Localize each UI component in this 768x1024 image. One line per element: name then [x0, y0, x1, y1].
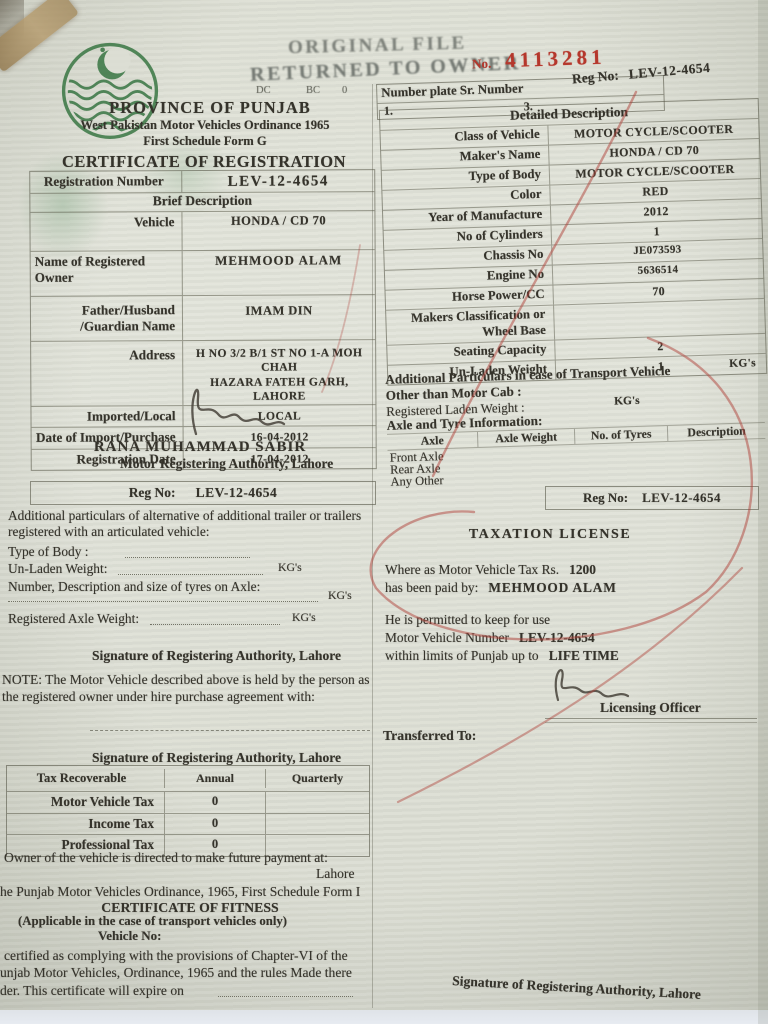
permit-line2: Motor Vehicle Number LEV-12-4654 — [385, 630, 595, 647]
annual-header: Annual — [165, 769, 266, 788]
axle-weight-col-header: Axle Weight — [477, 429, 574, 447]
income-tax-label: Income Tax — [7, 814, 165, 835]
fitness-line3: der. This certificate will expire on — [0, 983, 184, 1000]
hire-purchase-line — [90, 730, 370, 731]
right-reg-no-label: Reg No: — [583, 490, 628, 506]
fitness-line2: unjab Motor Vehicles, Ordinance, 1965 an… — [0, 965, 352, 982]
father-label-line1: Father/Husband — [82, 302, 175, 317]
left-reg-no-label: Reg No: — [129, 485, 176, 502]
expiry-dotted-line — [218, 995, 353, 997]
axle-weight-field-label: Registered Axle Weight: — [8, 611, 139, 628]
left-reg-no-value: LEV-12-4654 — [196, 485, 278, 502]
authority-name: RANA MUHAMMAD SABIR — [50, 438, 350, 457]
tyres-col-header: No. of Tyres — [574, 426, 667, 444]
note-line1: NOTE: The Motor Vehicle described above … — [2, 672, 370, 689]
taxation-license-title: TAXATION LICENSE — [430, 526, 670, 544]
owner-value: MEHMOOD ALAM — [183, 250, 375, 269]
registrar-signature-scribble — [182, 372, 302, 444]
permit-line2-text: Motor Vehicle Number — [385, 630, 509, 645]
note-line2: the registered owner under hire purchase… — [2, 689, 315, 706]
tax-recoverable-header: Tax Recoverable — [7, 769, 165, 789]
whereas-text: Where as Motor Vehicle Tax Rs. — [385, 562, 559, 577]
registration-number-row: Registration Number LEV-12-4654 — [30, 170, 374, 193]
corner-code-dc: DC — [256, 84, 271, 97]
fitness-line1: certified as complying with the provisio… — [4, 948, 348, 965]
imported-local-label: Imported/Local — [31, 406, 183, 427]
officer-signature-line — [545, 718, 757, 723]
motor-vehicle-tax-quarterly — [266, 792, 369, 813]
right-reg-no-box: Reg No: LEV-12-4654 — [545, 486, 759, 510]
tyres-field-label: Number, Description and size of tyres on… — [8, 579, 260, 596]
makers-classification-label: Makers Classification or Wheel Base — [386, 305, 555, 344]
authority-title: Motor Registering Authority, Lahore — [120, 456, 333, 473]
axle-weight-dotted-line — [150, 623, 280, 625]
unladen-field-kgs: KG's — [278, 560, 302, 575]
trailer-para-line2: registered with an articulated vehicle: — [8, 524, 210, 541]
type-of-body-dotted-line — [125, 556, 250, 558]
income-tax-row: Income Tax 0 — [7, 813, 369, 835]
serial-no-label: No. — [472, 56, 492, 73]
permit-line1: He is permitted to keep for use — [385, 612, 550, 629]
motor-vehicle-tax-annual: 0 — [165, 792, 266, 813]
paid-by-text: has been paid by: — [385, 580, 478, 595]
detailed-description-table: Detailed Description Class of Vehicle MO… — [379, 98, 767, 386]
vehicle-value: HONDA / CD 70 — [182, 211, 374, 230]
corner-code-bc: BC — [306, 84, 320, 97]
tax-amount: 1200 — [569, 562, 596, 577]
vehicle-row: Vehicle HONDA / CD 70 — [30, 210, 374, 251]
axle-col-header: Axle — [387, 432, 477, 450]
description-col-header: Description — [667, 423, 765, 441]
brief-description-header: Brief Description — [30, 191, 374, 212]
vehicle-label: Vehicle — [30, 212, 182, 251]
scanned-registration-certificate: ORIGINAL FILE RETURNED TO OWNER No. 4113… — [0, 0, 768, 1024]
permit-vehicle-number: LEV-12-4654 — [519, 630, 595, 645]
brief-description-title: Brief Description — [30, 192, 374, 211]
right-reg-no-value: LEV-12-4654 — [642, 490, 721, 506]
trailer-para-line1: Additional particulars of alternative of… — [8, 508, 361, 525]
motor-vehicle-tax-row: Motor Vehicle Tax 0 — [7, 791, 369, 813]
bottom-scan-strip — [0, 1010, 768, 1024]
signature-authority-1: Signature of Registering Authority, Laho… — [92, 648, 341, 665]
registration-number-value: LEV-12-4654 — [182, 170, 374, 192]
corner-code-zero: 0 — [342, 84, 347, 97]
owner-label: Name of Registered Owner — [31, 251, 183, 296]
tyres-dotted-line — [8, 600, 318, 602]
income-tax-annual: 0 — [165, 814, 266, 835]
any-other-row: Any Other — [390, 473, 444, 490]
top-reg-no-label: Reg No: — [571, 68, 619, 87]
address-label: Address — [31, 341, 183, 406]
ordinance-subtitle: West Pakistan Motor Vehicles Ordinance 1… — [40, 118, 370, 134]
fitness-vehicle-no: Vehicle No: — [98, 928, 161, 944]
type-of-body-field-label: Type of Body : — [8, 544, 89, 561]
father-label: Father/Husband /Guardian Name — [31, 296, 183, 341]
paid-by-line: has been paid by: MEHMOOD ALAM — [385, 580, 617, 597]
axle-weight-field-kgs: KG's — [292, 610, 316, 625]
quarterly-header: Quarterly — [266, 769, 369, 788]
father-value: IMAM DIN — [183, 295, 375, 320]
top-reg-no-value: LEV-12-4654 — [628, 60, 711, 82]
transferred-to-label: Transferred To: — [383, 727, 476, 744]
income-tax-quarterly — [266, 814, 369, 835]
right-scan-band — [758, 0, 768, 1024]
schedule-form-line: First Schedule Form G — [40, 134, 370, 150]
permit-line3-text: within limits of Punjab up to — [385, 648, 539, 663]
father-label-line2: /Guardian Name — [80, 318, 175, 333]
whereas-line: Where as Motor Vehicle Tax Rs. 1200 — [385, 562, 596, 579]
laden-weight-kgs: KG's — [614, 394, 640, 409]
payer-name: MEHMOOD ALAM — [488, 580, 616, 595]
unladen-weight-kgs: KG's — [729, 356, 756, 371]
motor-vehicle-tax-label: Motor Vehicle Tax — [7, 792, 165, 813]
unladen-field-label: Un-Laden Weight: — [8, 561, 107, 578]
address-line1: H NO 3/2 B/1 ST NO 1-A MOH CHAH — [196, 346, 362, 374]
unladen-dotted-line — [118, 573, 263, 575]
registration-number-label: Registration Number — [30, 171, 182, 193]
tax-recoverable-table: Tax Recoverable Annual Quarterly Motor V… — [6, 765, 370, 857]
left-reg-no-box: Reg No: LEV-12-4654 — [30, 481, 376, 505]
payment-place: Lahore — [316, 866, 355, 883]
licensing-officer-label: Licensing Officer — [600, 700, 701, 717]
tax-table-header: Tax Recoverable Annual Quarterly — [7, 766, 369, 791]
owner-row: Name of Registered Owner MEHMOOD ALAM — [31, 249, 375, 296]
future-payment-line: Owner of the vehicle is directed to make… — [4, 850, 328, 867]
tyres-field-kgs: KG's — [328, 588, 352, 603]
province-title: PROVINCE OF PUNJAB — [70, 98, 350, 119]
signature-authority-bottom-right: Signature of Registering Authority, Laho… — [452, 973, 702, 1004]
father-row: Father/Husband /Guardian Name IMAM DIN — [31, 294, 375, 341]
